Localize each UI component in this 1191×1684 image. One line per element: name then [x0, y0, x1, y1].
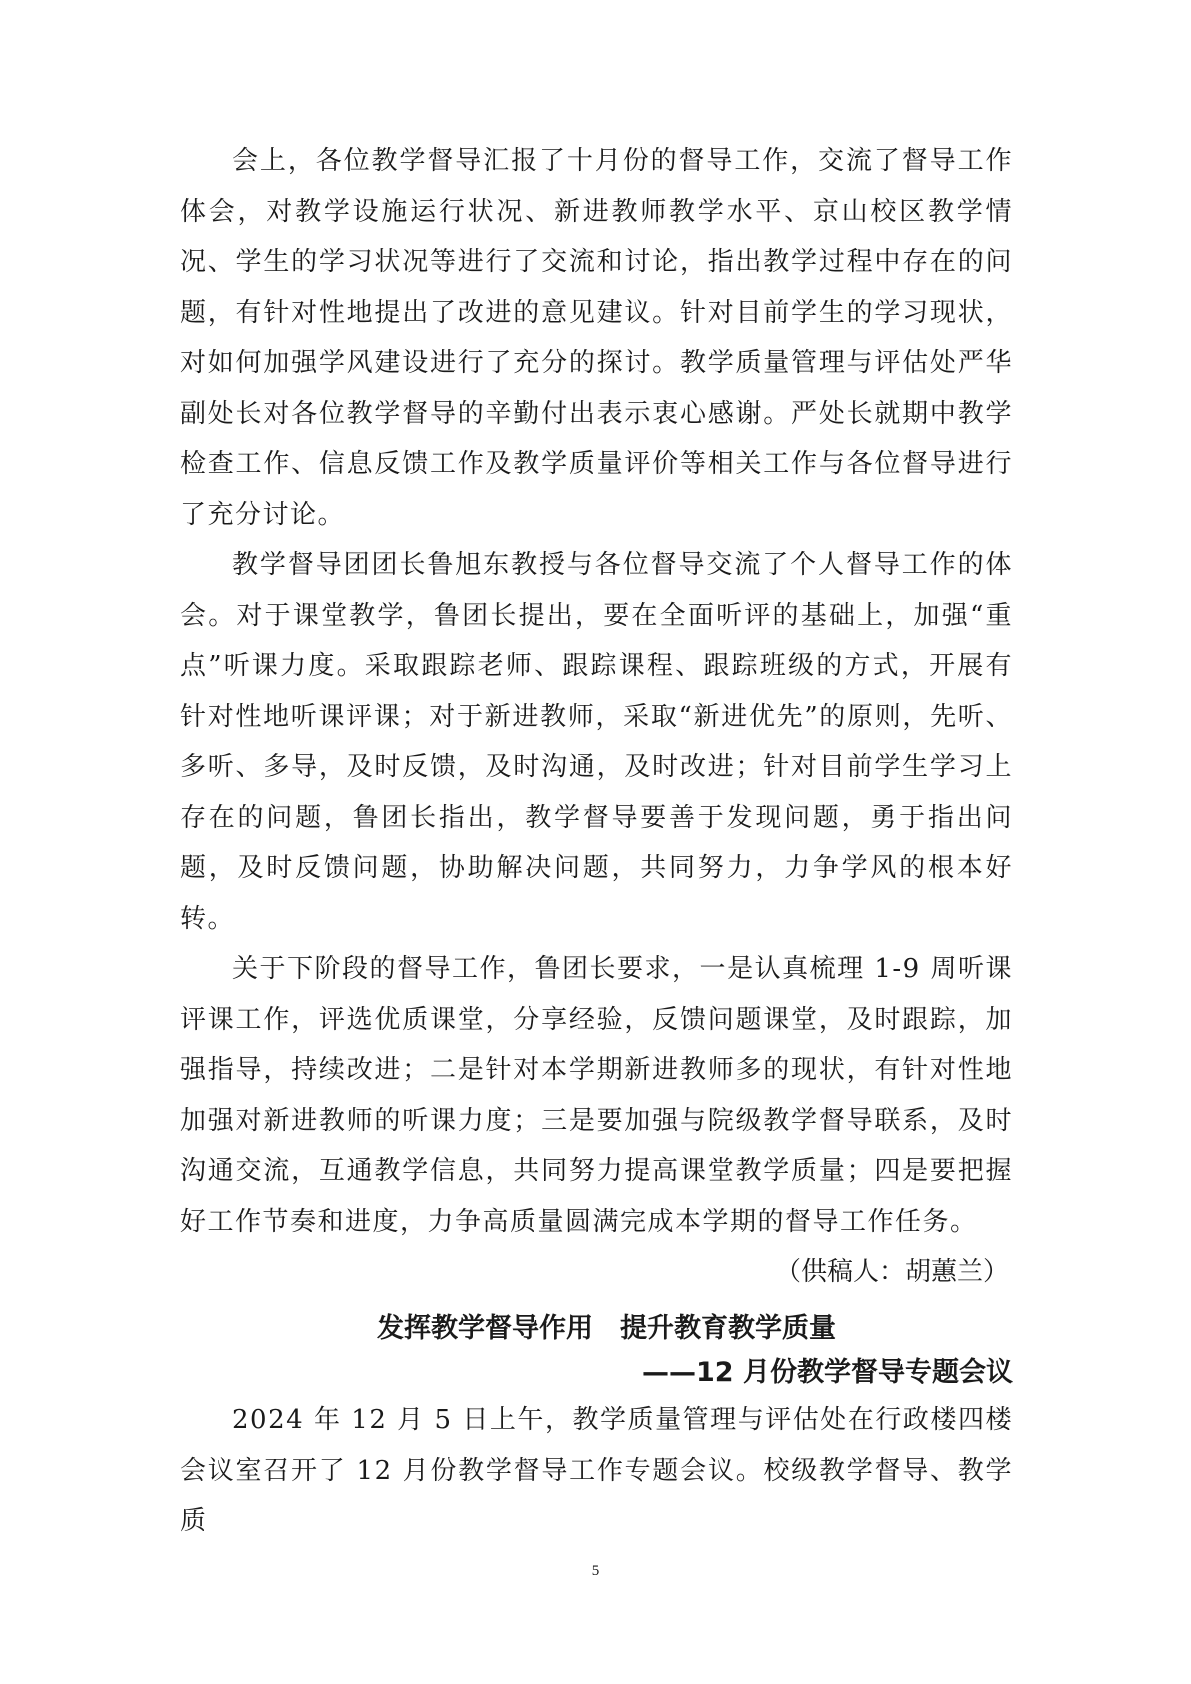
paragraph-december-meeting: 2024 年 12 月 5 日上午，教学质量管理与评估处在行政楼四楼会议室召开了… — [180, 1395, 1013, 1547]
paragraph-meeting-report: 会上，各位教学督导汇报了十月份的督导工作，交流了督导工作体会，对教学设施运行状况… — [180, 136, 1013, 540]
paragraph-next-stage-requirements: 关于下阶段的督导工作，鲁团长要求，一是认真梳理 1-9 周听课评课工作，评选优质… — [180, 944, 1013, 1247]
document-page: 会上，各位教学督导汇报了十月份的督导工作，交流了督导工作体会，对教学设施运行状况… — [0, 0, 1191, 1684]
section-title: 发挥教学督导作用 提升教育教学质量 — [180, 1307, 1013, 1351]
page-number: 5 — [0, 1563, 1191, 1580]
section-subtitle: ——12 月份教学督导专题会议 — [180, 1351, 1013, 1395]
paragraph-team-leader-remarks: 教学督导团团长鲁旭东教授与各位督导交流了个人督导工作的体会。对于课堂教学，鲁团长… — [180, 540, 1013, 944]
page-content: 会上，各位教学督导汇报了十月份的督导工作，交流了督导工作体会，对教学设施运行状况… — [180, 136, 1013, 1547]
contributor-credit: （供稿人：胡蕙兰） — [180, 1247, 1013, 1297]
